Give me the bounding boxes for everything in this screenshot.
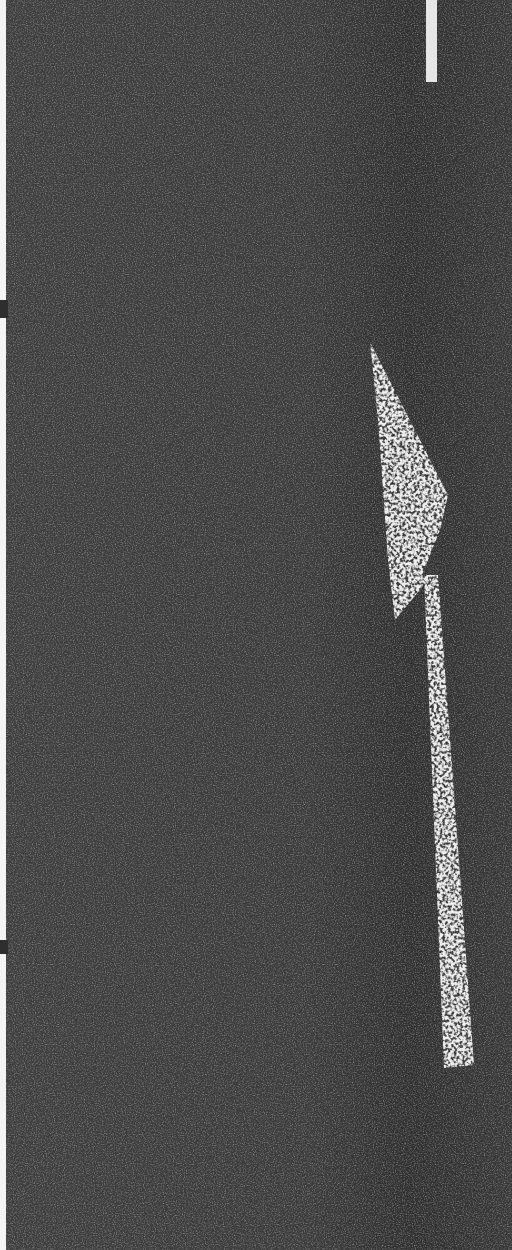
asphalt-surface — [0, 0, 512, 1250]
road-photo — [0, 0, 512, 1250]
left-edge — [0, 0, 6, 1250]
lane-line-segment — [426, 0, 437, 82]
